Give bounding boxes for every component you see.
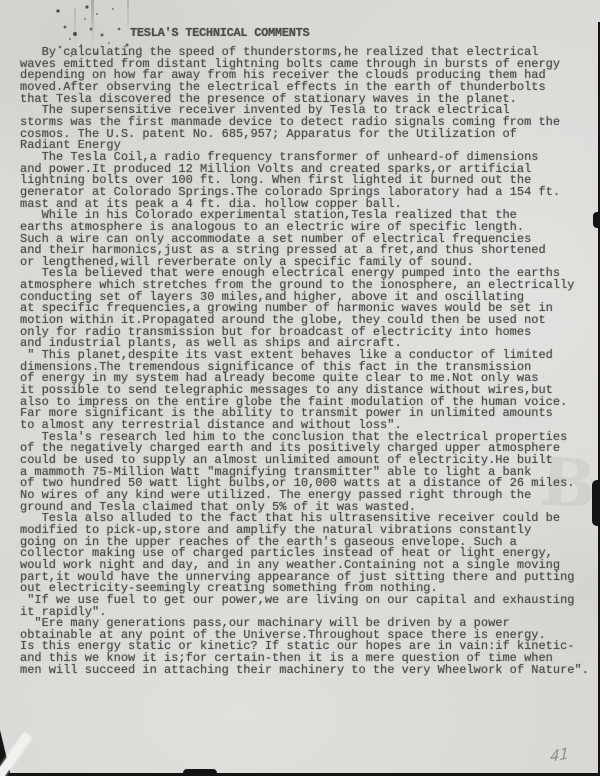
text-line: "If we use fuel to get our power,we are … (20, 595, 595, 607)
paragraph: "If we use fuel to get our power,we are … (20, 595, 595, 618)
ink-drip-streak (91, 0, 94, 46)
scan-edge-bottom-blob (183, 769, 217, 776)
scanned-document-page: TESLA'S TECHNICAL COMMENTS By calculatin… (0, 0, 600, 776)
paragraph: Tesla also alluded to the fact that his … (20, 513, 595, 595)
scan-edge-right-bump (593, 212, 600, 228)
paragraph: By calculating the speed of thunderstorm… (20, 47, 595, 105)
ink-drip-streak (127, 0, 129, 32)
handwritten-page-number: 41 (550, 744, 569, 766)
paragraph: The Tesla Coil,a radio frequency transfo… (20, 152, 595, 210)
paragraph: Tesla's research led him to the conclusi… (20, 432, 595, 514)
scan-edge-right-bump (592, 480, 600, 526)
paragraph: " This planet,despite its vast extent be… (20, 350, 595, 432)
ink-drip-streak (74, 8, 76, 50)
paragraph: While in his Colorado experimental stati… (20, 210, 595, 268)
bleed-through-mark: B (538, 443, 598, 524)
paragraph: "Ere many generations pass,our machinary… (20, 618, 595, 676)
text-line: men will succeed in attaching their mach… (20, 665, 595, 677)
ink-splatter (0, 0, 2, 2)
paragraph: The supersensitive receiver invented by … (20, 105, 595, 152)
paragraph: Tesla believed that were enough electric… (20, 268, 595, 350)
document-body: By calculating the speed of thunderstorm… (20, 47, 595, 676)
page-title: TESLA'S TECHNICAL COMMENTS (130, 26, 309, 40)
